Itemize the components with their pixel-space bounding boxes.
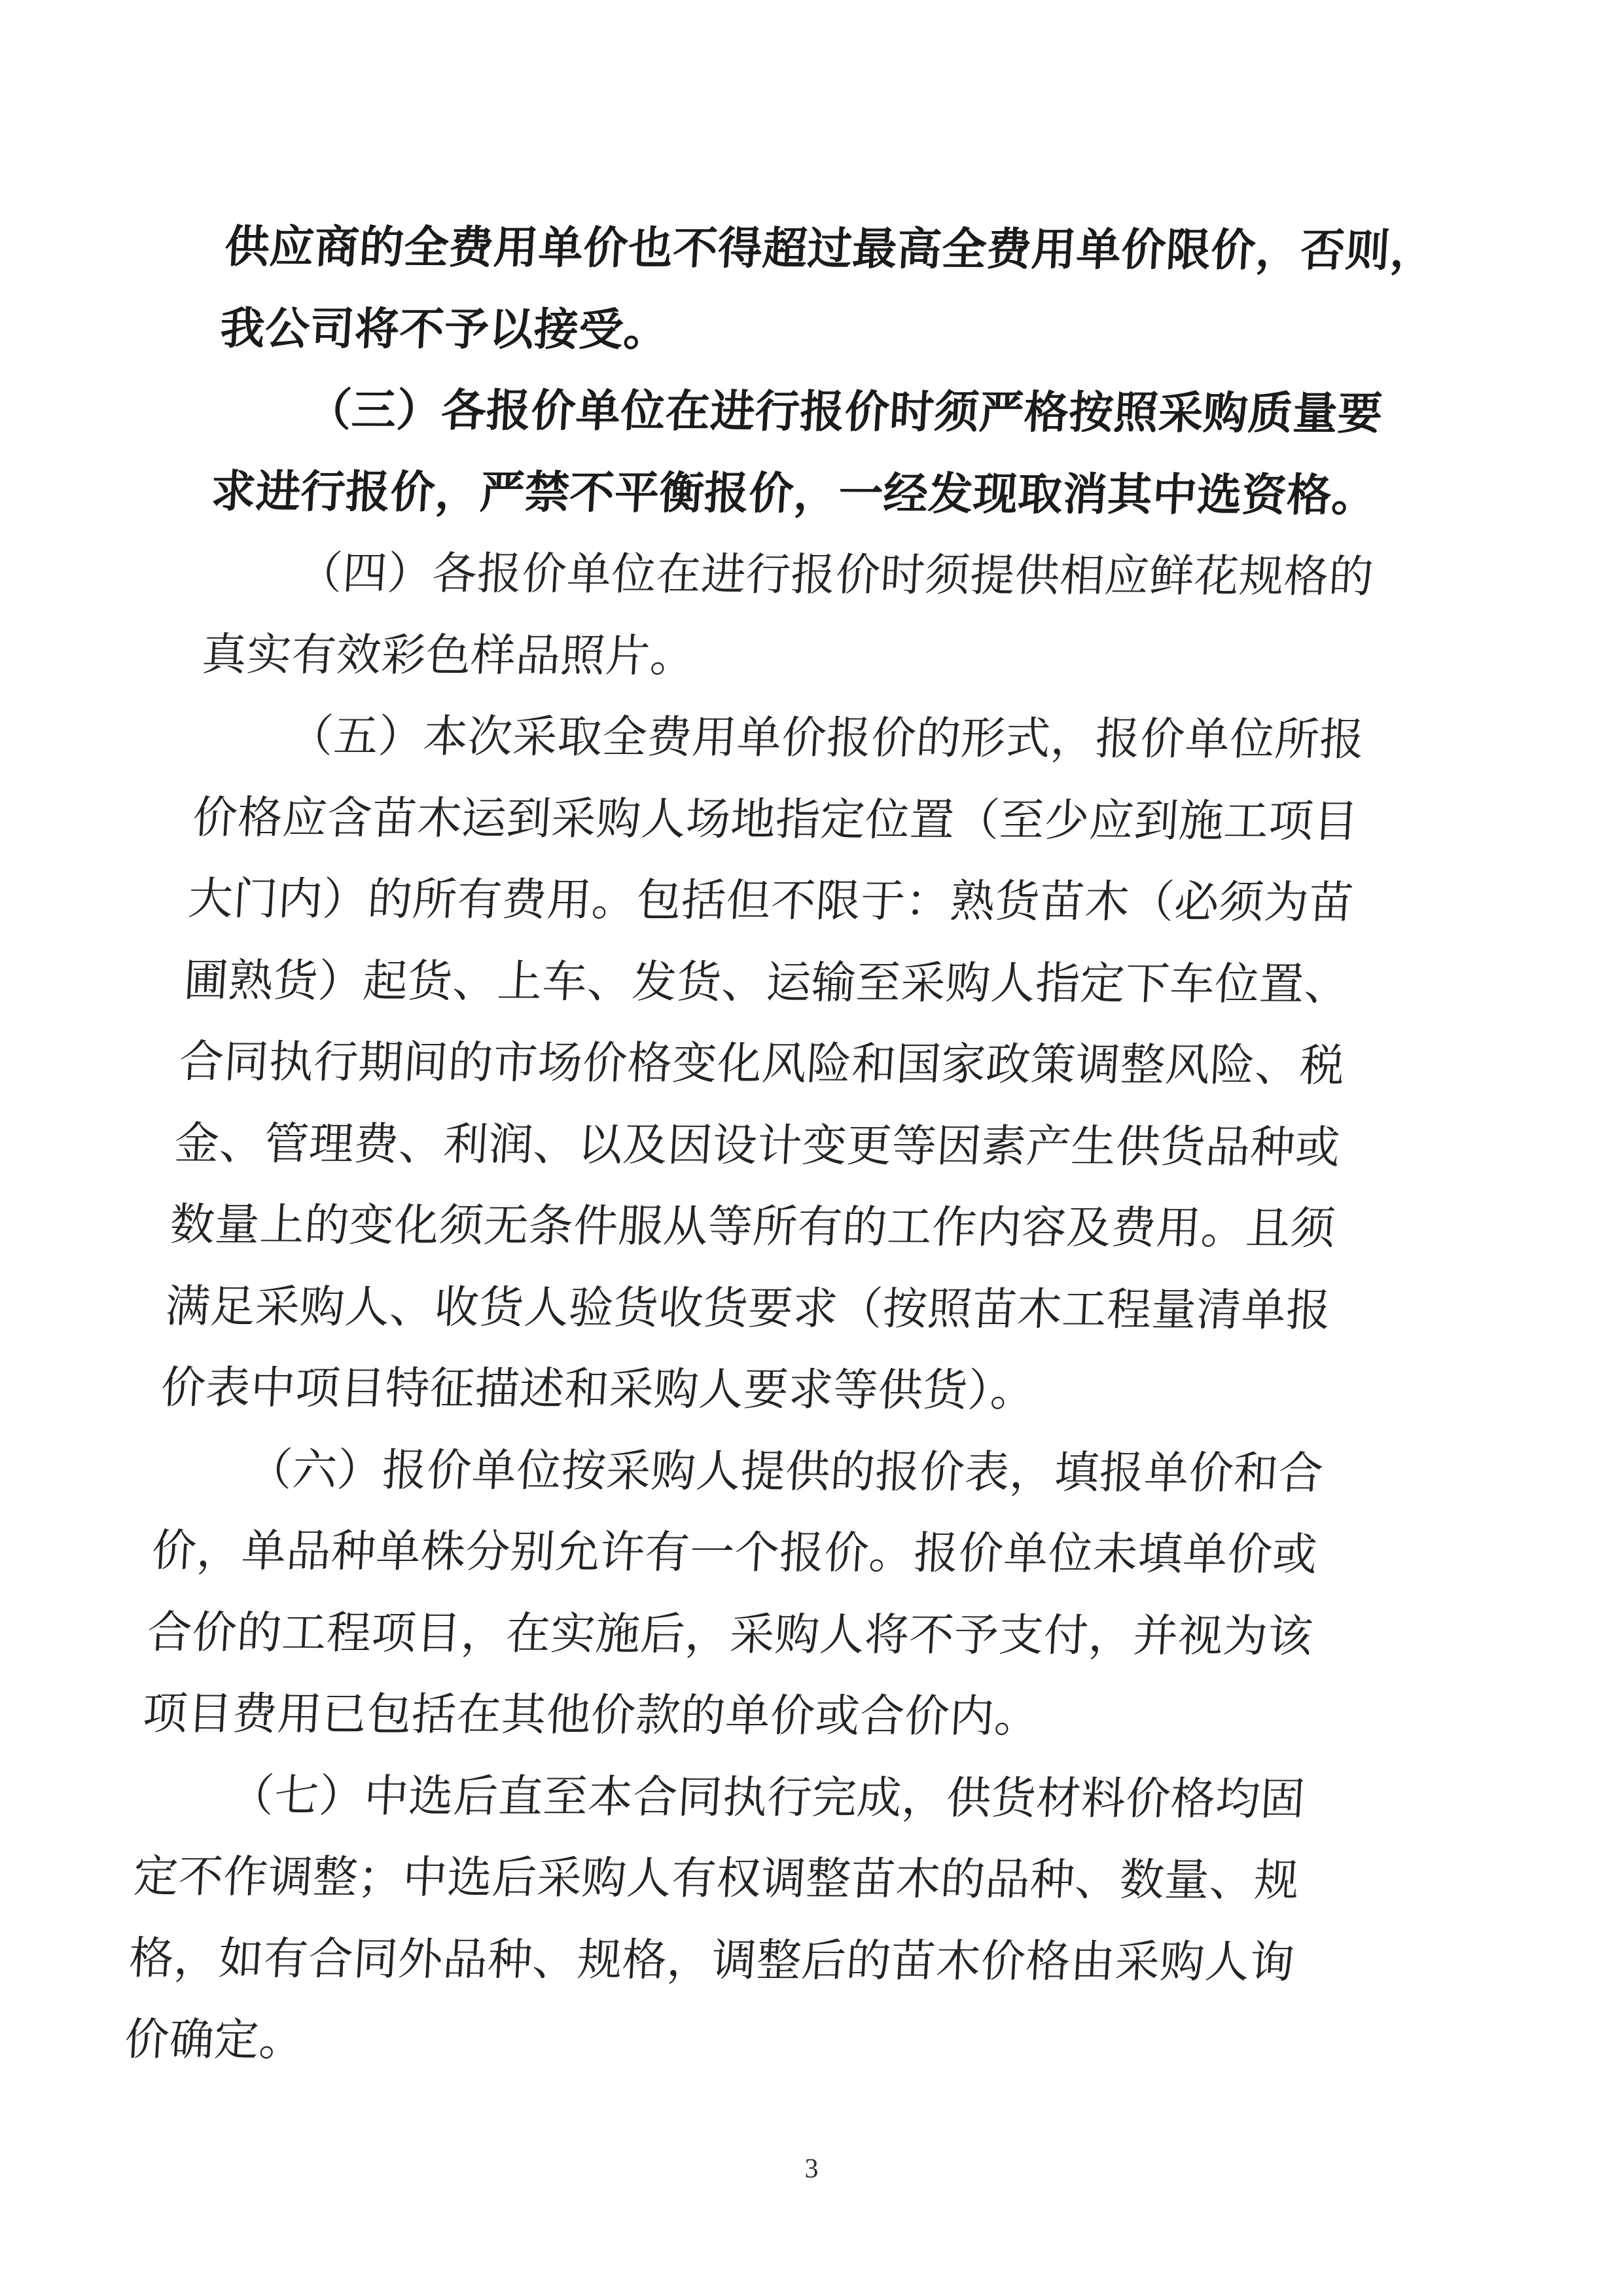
text-line: 金、管理费、利润、以及因设计变更等因素产生供货品种或 — [172, 1102, 1355, 1188]
text-line: 供应商的全费用单价也不得超过最高全费用单价限价，否则， — [223, 206, 1405, 292]
text-line: 大门内）的所有费用。包括但不限于：熟货苗木（必须为苗 — [186, 858, 1368, 944]
text-line: 求进行报价，严禁不平衡报价，一经发现取消其中选资格。 — [209, 450, 1391, 536]
text-line: 价确定。 — [122, 1999, 1305, 2085]
text-line: 满足采购人、收货人验货收货要求（按照苗木工程量清单报 — [164, 1265, 1346, 1351]
text-line: （六）报价单位按采购人提供的报价表，填报单价和合 — [154, 1428, 1337, 1514]
text-line: 数量上的变化须无条件服从等所有的工作内容及费用。且须 — [168, 1184, 1351, 1270]
text-line: （四）各报价单位在进行报价时须提供相应鲜花规格的 — [204, 532, 1387, 618]
text-line: （三）各报价单位在进行报价时须严格按照采购质量要 — [213, 369, 1396, 455]
text-line: 合价的工程项目，在实施后，采购人将不予支付，并视为该 — [145, 1591, 1328, 1677]
text-line: 圃熟货）起货、上车、发货、运输至采购人指定下车位置、 — [181, 939, 1364, 1025]
text-line: （五）本次采取全费用单价报价的形式，报价单位所报 — [195, 695, 1378, 781]
text-line: 真实有效彩色样品照片。 — [200, 613, 1382, 699]
text-line: （七）中选后直至本合同执行完成，供货材料价格均固 — [136, 1754, 1319, 1840]
text-line: 我公司将不予以接受。 — [218, 287, 1400, 373]
page-number: 3 — [0, 2153, 1623, 2185]
text-line: 价格应含苗木运到采购人场地指定位置（至少应到施工项目 — [190, 776, 1373, 862]
text-line: 价表中项目特征描述和采购人要求等供货）。 — [159, 1347, 1342, 1433]
document-page: 供应商的全费用单价也不得超过最高全费用单价限价，否则，我公司将不予以接受。（三）… — [0, 0, 1623, 2296]
text-line: 项目费用已包括在其他价款的单价或合价内。 — [141, 1673, 1323, 1759]
text-line: 合同执行期间的市场价格变化风险和国家政策调整风险、税 — [177, 1021, 1359, 1107]
document-body: 供应商的全费用单价也不得超过最高全费用单价限价，否则，我公司将不予以接受。（三）… — [122, 206, 1405, 2085]
text-line: 定不作调整；中选后采购人有权调整苗木的品种、数量、规 — [132, 1836, 1314, 1922]
text-line: 格，如有合同外品种、规格，调整后的苗木价格由采购人询 — [127, 1917, 1310, 2003]
text-line: 价，单品种单株分别允许有一个报价。报价单位未填单价或 — [150, 1510, 1332, 1596]
